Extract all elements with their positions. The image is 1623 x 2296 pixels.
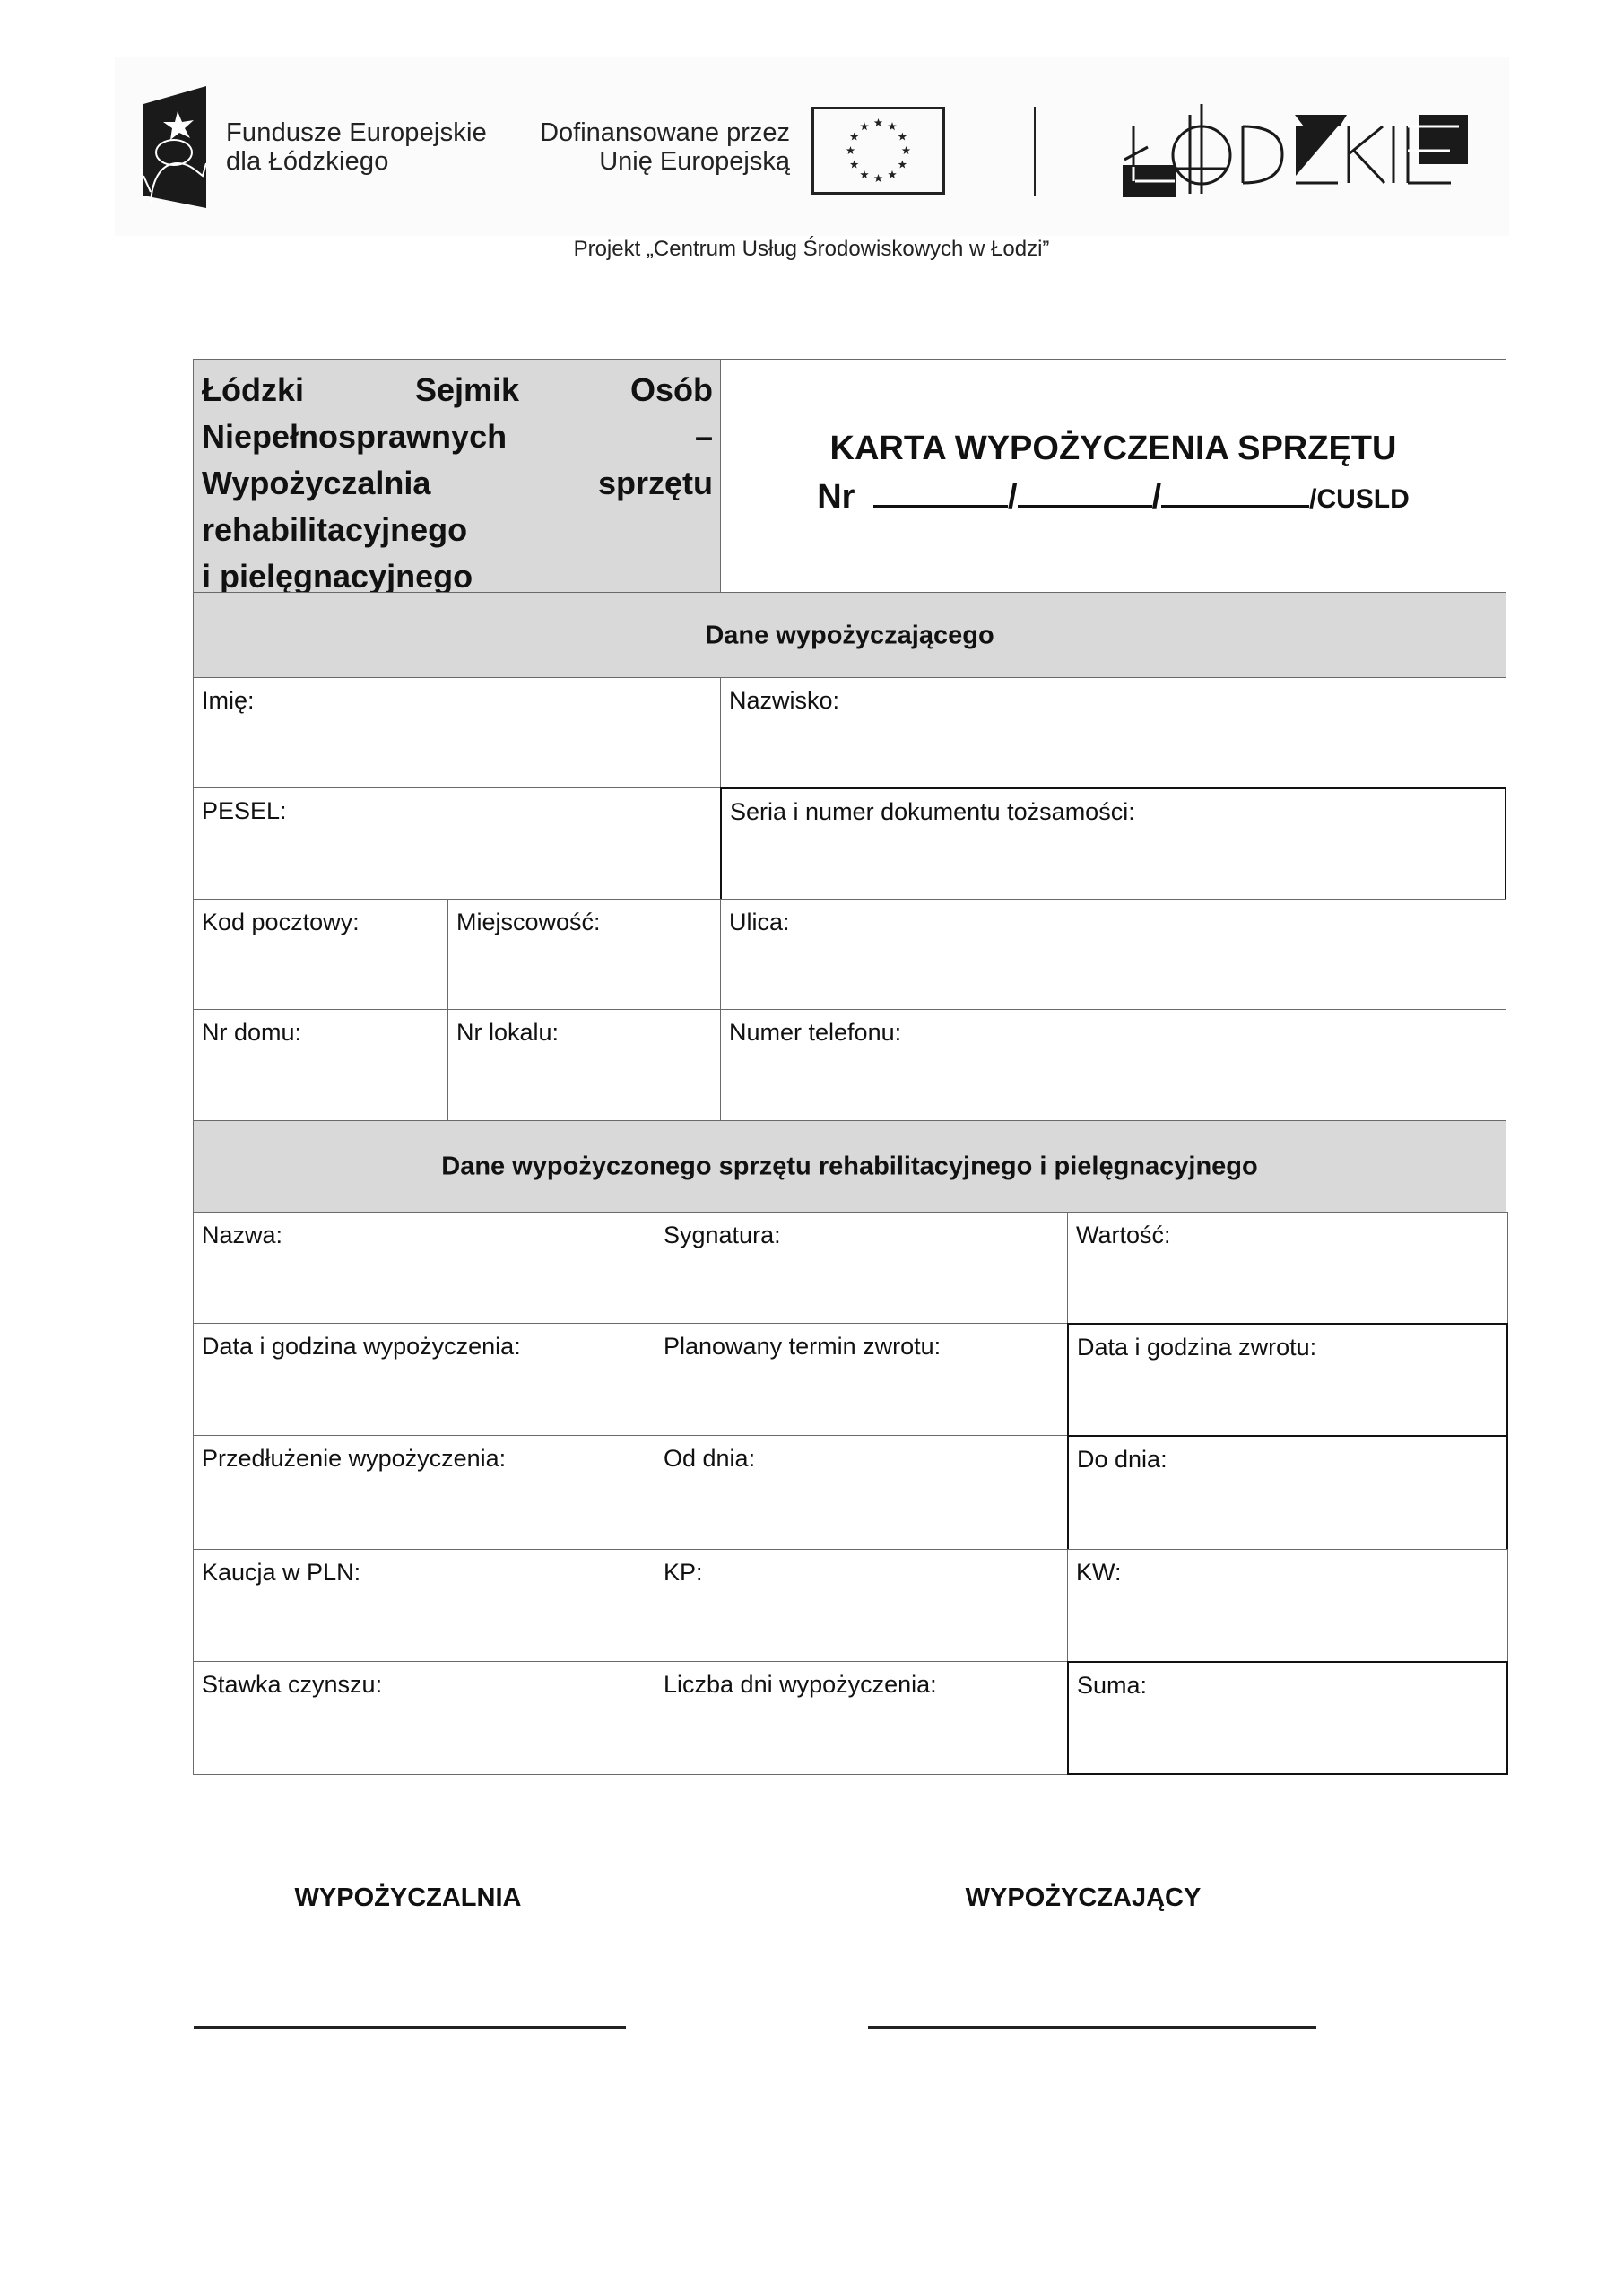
przedluzenie-wypozyczenia-label: Przedłużenie wypożyczenia: [202, 1445, 506, 1473]
kw-field[interactable]: KW: [1067, 1549, 1508, 1663]
stawka-czynszu-field[interactable]: Stawka czynszu: [193, 1661, 658, 1775]
od-dnia-label: Od dnia: [664, 1445, 755, 1473]
org-line-1: Łódzki Sejmik Osób [202, 367, 713, 413]
data-i-godzina-wypozyczenia-label: Data i godzina wypożyczenia: [202, 1333, 521, 1361]
card-number-prefix: Nr [817, 478, 855, 516]
org-line-2: Niepełnosprawnych – [202, 413, 713, 460]
phone-label: Numer telefonu: [729, 1019, 901, 1047]
sygnatura-field[interactable]: Sygnatura: [655, 1212, 1071, 1325]
od-dnia-field[interactable]: Od dnia: [655, 1435, 1071, 1551]
lender-signature-label: WYPOŻYCZALNIA [193, 1883, 623, 1913]
first-name-field[interactable]: Imię: [193, 677, 722, 789]
street-field[interactable]: Ulica: [720, 899, 1506, 1011]
kp-field[interactable]: KP: [655, 1549, 1071, 1663]
card-title: KARTA WYPOŻYCZENIA SPRZĘTU [721, 430, 1506, 468]
kp-label: KP: [664, 1559, 703, 1587]
kw-label: KW: [1076, 1559, 1122, 1587]
pesel-label: PESEL: [202, 797, 287, 825]
card-number-field[interactable]: Nr ///CUSLD [721, 474, 1506, 517]
equipment-section-title: Dane wypożyczonego sprzętu rehabilitacyj… [194, 1152, 1506, 1182]
street-label: Ulica: [729, 909, 790, 936]
wartosc-field[interactable]: Wartość: [1067, 1212, 1508, 1325]
planowany-termin-zwrotu-field[interactable]: Planowany termin zwrotu: [655, 1323, 1071, 1437]
cofinance-text: Dofinansowane przez Unię Europejską [525, 118, 790, 176]
wartosc-label: Wartość: [1076, 1222, 1171, 1249]
org-line-4: rehabilitacyjnego [202, 507, 713, 553]
org-line-3: Wypożyczalnia sprzętu [202, 460, 713, 507]
project-name: Projekt „Centrum Usług Środowiskowych w … [0, 237, 1623, 262]
card-number-suffix: /CUSLD [1309, 484, 1410, 514]
card-number-sep-1: / [1008, 478, 1018, 516]
card-number-part-2[interactable] [1018, 474, 1152, 508]
postal-code-field[interactable]: Kod pocztowy: [193, 899, 449, 1011]
suma-label: Suma: [1077, 1672, 1147, 1700]
lodzkie-logo-icon [1123, 104, 1472, 201]
phone-field[interactable]: Numer telefonu: [720, 1009, 1506, 1122]
house-number-label: Nr domu: [202, 1019, 301, 1047]
last-name-field[interactable]: Nazwisko: [720, 677, 1506, 789]
data-i-godzina-zwrotu-label: Data i godzina zwrotu: [1077, 1334, 1316, 1361]
planowany-termin-zwrotu-label: Planowany termin zwrotu: [664, 1333, 941, 1361]
city-field[interactable]: Miejscowość: [447, 899, 722, 1011]
cofinance-line2: Unię Europejską [525, 147, 790, 176]
lender-signature-line[interactable] [194, 2026, 626, 2029]
liczba-dni-wypozyczenia-field[interactable]: Liczba dni wypożyczenia: [655, 1661, 1071, 1775]
fundusze-europejskie-logo-icon [143, 86, 206, 208]
apartment-number-field[interactable]: Nr lokalu: [447, 1009, 722, 1122]
borrower-section-header: Dane wypożyczającego [193, 592, 1506, 679]
fundusze-europejskie-text: Fundusze Europejskie dla Łódzkiego [226, 118, 487, 176]
eu-flag-icon [811, 107, 945, 195]
data-i-godzina-zwrotu-field[interactable]: Data i godzina zwrotu: [1067, 1323, 1508, 1437]
organization-cell: Łódzki Sejmik Osób Niepełnosprawnych – W… [193, 359, 722, 594]
nazwa-field[interactable]: Nazwa: [193, 1212, 658, 1325]
equipment-section-header: Dane wypożyczonego sprzętu rehabilitacyj… [193, 1120, 1506, 1213]
nazwa-label: Nazwa: [202, 1222, 282, 1249]
id-document-field[interactable]: Seria i numer dokumentu tożsamości: [720, 787, 1506, 900]
card-number-part-1[interactable] [873, 474, 1008, 508]
fe-line1: Fundusze Europejskie [226, 118, 487, 147]
sygnatura-label: Sygnatura: [664, 1222, 781, 1249]
borrower-signature-label: WYPOŻYCZAJĄCY [868, 1883, 1298, 1913]
first-name-label: Imię: [202, 687, 255, 715]
liczba-dni-wypozyczenia-label: Liczba dni wypożyczenia: [664, 1671, 937, 1699]
postal-code-label: Kod pocztowy: [202, 909, 360, 936]
card-title-cell: KARTA WYPOŻYCZENIA SPRZĘTU Nr ///CUSLD [720, 359, 1506, 594]
apartment-number-label: Nr lokalu: [456, 1019, 559, 1047]
city-label: Miejscowość: [456, 909, 601, 936]
card-number-part-3[interactable] [1161, 474, 1309, 508]
kaucja-w-pln-label: Kaucja w PLN: [202, 1559, 360, 1587]
last-name-label: Nazwisko: [729, 687, 839, 715]
fe-line2: dla Łódzkiego [226, 147, 487, 176]
logo-divider [1034, 107, 1036, 196]
card-number-sep-2: / [1152, 478, 1162, 516]
id-document-label: Seria i numer dokumentu tożsamości: [730, 798, 1135, 826]
kaucja-w-pln-field[interactable]: Kaucja w PLN: [193, 1549, 658, 1663]
stawka-czynszu-label: Stawka czynszu: [202, 1671, 382, 1699]
przedluzenie-wypozyczenia-field[interactable]: Przedłużenie wypożyczenia: [193, 1435, 658, 1551]
cofinance-line1: Dofinansowane przez [525, 118, 790, 147]
pesel-field[interactable]: PESEL: [193, 787, 722, 900]
organization-name: Łódzki Sejmik Osób Niepełnosprawnych – W… [202, 367, 713, 600]
data-i-godzina-wypozyczenia-field[interactable]: Data i godzina wypożyczenia: [193, 1323, 658, 1437]
borrower-signature-line[interactable] [868, 2026, 1316, 2029]
borrower-section-title: Dane wypożyczającego [194, 621, 1506, 650]
do-dnia-field[interactable]: Do dnia: [1067, 1435, 1508, 1551]
suma-field[interactable]: Suma: [1067, 1661, 1508, 1775]
house-number-field[interactable]: Nr domu: [193, 1009, 449, 1122]
do-dnia-label: Do dnia: [1077, 1446, 1167, 1474]
